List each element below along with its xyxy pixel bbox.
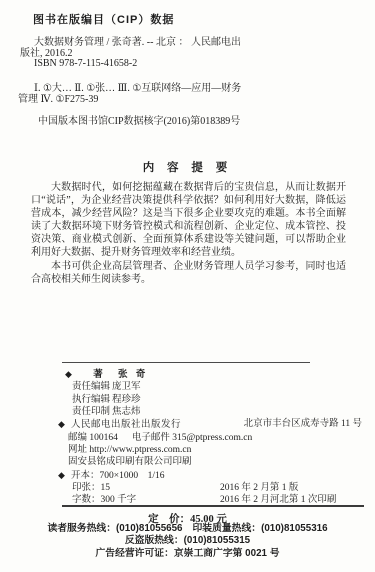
quality-hotline: 印装质量热线：(010)81055316 xyxy=(193,523,328,534)
piracy-hotline: 反盗版热线：(010)81055315 xyxy=(0,535,375,547)
publisher-row: ◆人民邮电出版社出版发行 北京市丰台区成寿寺路 11 号 xyxy=(58,418,364,431)
hotline-block: 读者服务热线：(010)81055656印装质量热线：(010)81055316… xyxy=(0,523,375,560)
cip-classification: Ⅰ. ①大… Ⅱ. ①张… Ⅲ. ①互联网络—应用—财务 管理 Ⅳ. ①F275… xyxy=(18,84,357,106)
printer-row: 固安县铭成印刷有限公司印刷 xyxy=(58,456,364,468)
summary-body: 大数据时代，如何挖掘蕴藏在数据背后的宝贵信息，从而让数据开口“说话”，为企业经营… xyxy=(31,181,346,286)
hotline-row: 读者服务热线：(010)81055656印装质量热线：(010)81055316 xyxy=(0,523,375,535)
author-label: 著 xyxy=(78,369,118,381)
cip-heading: 图书在版编目（CIP）数据 xyxy=(33,11,174,27)
role-label: 责任印制 xyxy=(72,406,112,418)
format-row: ◆开本：700×1000 1/16 xyxy=(58,469,364,482)
role-row: 责任印制焦志炜 xyxy=(58,406,364,418)
publisher-address: 北京市丰台区成寿寺路 11 号 xyxy=(244,418,362,430)
postcode-email-row: 邮编 100164电子邮件 315@ptpress.com.cn xyxy=(58,432,364,444)
publisher-name: 人民邮电出版社出版发行 xyxy=(71,420,181,430)
edition-date: 2016 年 2 月第 1 版 xyxy=(220,482,298,494)
divider-line-bottom xyxy=(62,505,364,507)
role-name: 程珍珍 xyxy=(112,395,141,405)
sheets-count: 印张：15 xyxy=(58,483,110,493)
website: 网址 http://www.ptpress.com.cn xyxy=(68,445,191,455)
cip-registry-number: 中国版本图书馆CIP数据核字(2016)第018389号 xyxy=(38,112,240,127)
printer-name: 固安县铭成印刷有限公司印刷 xyxy=(68,457,192,467)
cip-record: 大数据财务管理 / 张奇著. -- 北京 ： 人民邮电出 版社, 2016.2 … xyxy=(20,38,357,70)
cip-class-line: 管理 Ⅳ. ①F275-39 xyxy=(18,95,357,106)
format-spec: 开本：700×1000 1/16 xyxy=(71,471,165,481)
email: 电子邮件 315@ptpress.com.cn xyxy=(132,433,252,443)
reader-hotline: 读者服务热线：(010)81055656 xyxy=(47,523,182,534)
colophon-credits: ◆著张 奇 责任编辑庞卫军 执行编辑程珍珍 责任印制焦志炜 ◆人民邮电出版社出版… xyxy=(58,368,364,507)
website-row: 网址 http://www.ptpress.com.cn xyxy=(58,444,364,456)
postcode: 邮编 100164 xyxy=(68,433,118,443)
role-label: 责任编辑 xyxy=(72,381,112,393)
diamond-bullet-icon: ◆ xyxy=(65,368,78,380)
role-row: 执行编辑程珍珍 xyxy=(58,394,364,406)
role-name: 庞卫军 xyxy=(112,382,141,392)
sheets-row: 印张：15 2016 年 2 月第 1 版 xyxy=(58,482,364,494)
role-row: 责任编辑庞卫军 xyxy=(58,381,364,393)
role-name: 焦志炜 xyxy=(112,407,141,417)
divider-line-top xyxy=(62,362,310,363)
cip-record-line: 大数据财务管理 / 张奇著. -- 北京 ： 人民邮电出 xyxy=(20,38,357,49)
diamond-bullet-icon: ◆ xyxy=(58,469,71,481)
diamond-bullet-icon: ◆ xyxy=(58,418,71,430)
role-label: 执行编辑 xyxy=(72,394,112,406)
isbn-line: ISBN 978-7-115-41658-2 xyxy=(20,59,357,70)
summary-heading: 内 容 提 要 xyxy=(0,159,375,175)
author-row: ◆著张 奇 xyxy=(58,368,364,381)
word-count: 字数：300 千字 xyxy=(58,495,136,505)
summary-paragraph: 本书可供企业高层管理者、企业财务管理人员学习参考，同时也适合高校相关师生阅读参考… xyxy=(31,260,346,286)
summary-paragraph: 大数据时代，如何挖掘蕴藏在数据背后的宝贵信息，从而让数据开口“说话”，为企业经营… xyxy=(31,181,346,260)
book-copyright-page: 图书在版编目（CIP）数据 大数据财务管理 / 张奇著. -- 北京 ： 人民邮… xyxy=(0,0,375,572)
ad-license: 广告经营许可证：京崇工商广字第 0021 号 xyxy=(0,548,375,560)
author-name: 张 奇 xyxy=(118,370,148,380)
